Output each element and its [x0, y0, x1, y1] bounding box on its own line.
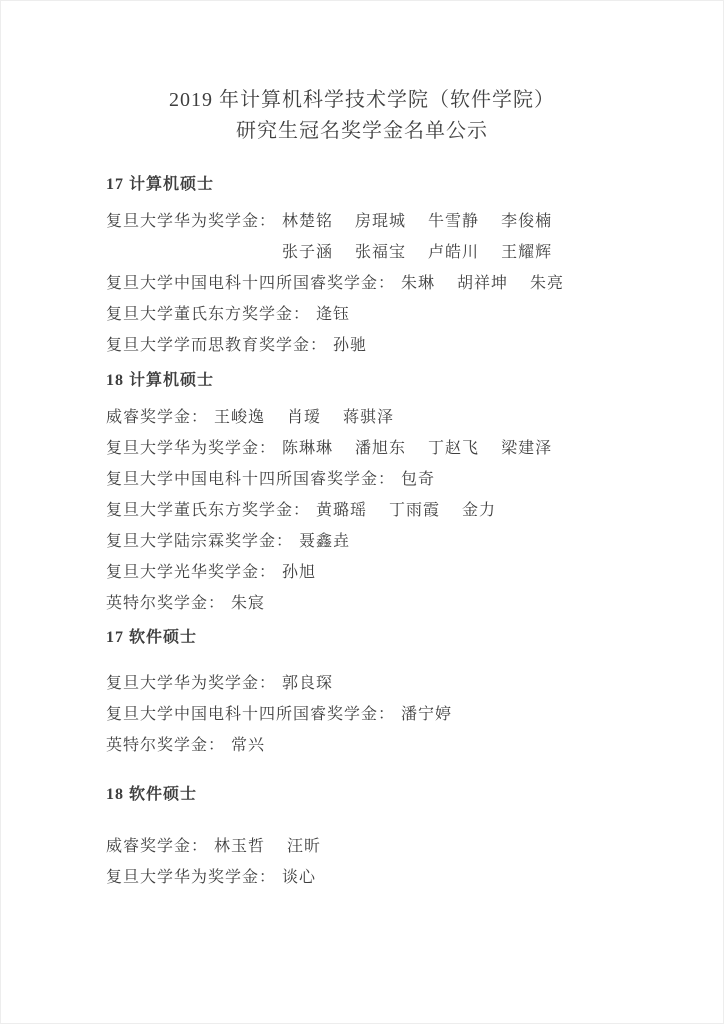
section-18-cs-masters: 18 计算机硕士 威睿奖学金： 王峻逸 肖瑷 蒋骐泽 复旦大学华为奖学金： 陈琳…	[106, 372, 643, 619]
section-heading: 17 软件硕士	[106, 629, 643, 646]
award-label: 威睿奖学金：	[106, 831, 208, 862]
recipient-names: 潘宁婷	[401, 699, 452, 730]
award-entry: 复旦大学中国电科十四所国睿奖学金： 朱琳 胡祥坤 朱亮	[106, 268, 643, 299]
recipient-name: 常兴	[231, 737, 265, 754]
recipient-name: 潘旭东	[355, 440, 406, 457]
recipient-name: 孙驰	[333, 337, 367, 354]
section-entries: 复旦大学华为奖学金： 郭良琛 复旦大学中国电科十四所国睿奖学金： 潘宁婷 英特尔…	[106, 668, 643, 761]
award-label: 复旦大学董氏东方奖学金：	[106, 495, 310, 526]
award-label: 复旦大学华为奖学金：	[106, 433, 276, 464]
recipient-name: 陈琳琳	[282, 440, 333, 457]
section-17-se-masters: 17 软件硕士 复旦大学华为奖学金： 郭良琛 复旦大学中国电科十四所国睿奖学金：…	[106, 629, 643, 761]
recipient-names: 孙旭	[282, 557, 316, 588]
award-entry: 复旦大学中国电科十四所国睿奖学金： 包奇	[106, 464, 643, 495]
recipient-name: 朱琳	[401, 275, 435, 292]
recipient-name: 包奇	[401, 471, 435, 488]
recipient-name: 林楚铭	[282, 213, 333, 230]
award-entry: 威睿奖学金： 林玉哲 汪昕	[106, 831, 643, 862]
recipient-name: 房琨城	[355, 213, 406, 230]
award-label: 复旦大学中国电科十四所国睿奖学金：	[106, 699, 395, 730]
recipient-name: 卢皓川	[428, 244, 479, 261]
award-entry: 复旦大学陆宗霖奖学金： 聂鑫垚	[106, 526, 643, 557]
recipient-name: 郭良琛	[282, 675, 333, 692]
recipient-name: 牛雪静	[428, 213, 479, 230]
award-entry: 复旦大学华为奖学金： 陈琳琳 潘旭东 丁赵飞 梁建泽	[106, 433, 643, 464]
award-label: 复旦大学学而思教育奖学金：	[106, 330, 327, 361]
recipient-name: 胡祥坤	[457, 275, 508, 292]
section-entries: 威睿奖学金： 林玉哲 汪昕 复旦大学华为奖学金： 谈心	[106, 831, 643, 893]
document-title: 2019 年计算机科学技术学院（软件学院） 研究生冠名奖学金名单公示	[1, 85, 723, 147]
recipient-names: 黄璐瑶 丁雨霞 金力	[316, 495, 496, 526]
award-label: 英特尔奖学金：	[106, 588, 225, 619]
award-label: 复旦大学华为奖学金：	[106, 668, 276, 699]
recipient-names: 逄钰	[316, 299, 350, 330]
recipient-name: 肖瑷	[287, 409, 321, 426]
recipient-name: 潘宁婷	[401, 706, 452, 723]
award-entry: 复旦大学光华奖学金： 孙旭	[106, 557, 643, 588]
recipient-name: 李俊楠	[501, 213, 552, 230]
recipient-names: 聂鑫垚	[299, 526, 350, 557]
recipient-names: 朱宸	[231, 588, 265, 619]
recipient-names-row: 林楚铭 房琨城 牛雪静 李俊楠	[282, 206, 552, 237]
award-label: 威睿奖学金：	[106, 402, 208, 433]
award-label: 复旦大学中国电科十四所国睿奖学金：	[106, 464, 395, 495]
recipient-name: 张子涵	[282, 244, 333, 261]
recipient-name: 黄璐瑶	[316, 502, 367, 519]
section-18-se-masters: 18 软件硕士 威睿奖学金： 林玉哲 汪昕 复旦大学华为奖学金： 谈心	[106, 786, 643, 893]
document-title-line-1: 2019 年计算机科学技术学院（软件学院）	[1, 85, 723, 116]
award-entry: 复旦大学学而思教育奖学金： 孙驰	[106, 330, 643, 361]
recipient-name: 林玉哲	[214, 838, 265, 855]
document-page: 2019 年计算机科学技术学院（软件学院） 研究生冠名奖学金名单公示 17 计算…	[0, 0, 724, 1024]
award-label: 复旦大学华为奖学金：	[106, 862, 276, 893]
recipient-names: 谈心	[282, 862, 316, 893]
recipient-names: 林玉哲 汪昕	[214, 831, 321, 862]
recipient-name: 王耀辉	[501, 244, 552, 261]
recipient-name: 蒋骐泽	[343, 409, 394, 426]
award-entry: 复旦大学华为奖学金： 郭良琛	[106, 668, 643, 699]
recipient-names-row: 张子涵 张福宝 卢皓川 王耀辉	[282, 237, 552, 268]
recipient-names: 孙驰	[333, 330, 367, 361]
recipient-name: 丁赵飞	[428, 440, 479, 457]
recipient-name: 王峻逸	[214, 409, 265, 426]
recipient-names: 王峻逸 肖瑷 蒋骐泽	[214, 402, 394, 433]
award-entry: 复旦大学华为奖学金： 谈心	[106, 862, 643, 893]
section-17-cs-masters: 17 计算机硕士 复旦大学华为奖学金： 林楚铭 房琨城 牛雪静 李俊楠 张子涵	[106, 176, 643, 361]
recipient-names: 朱琳 胡祥坤 朱亮	[401, 268, 564, 299]
award-entry: 复旦大学董氏东方奖学金： 黄璐瑶 丁雨霞 金力	[106, 495, 643, 526]
recipient-names: 林楚铭 房琨城 牛雪静 李俊楠 张子涵 张福宝 卢皓川 王耀辉	[282, 206, 552, 268]
recipient-name: 聂鑫垚	[299, 533, 350, 550]
section-heading: 18 计算机硕士	[106, 372, 643, 389]
recipient-name: 谈心	[282, 869, 316, 886]
recipient-name: 张福宝	[355, 244, 406, 261]
recipient-names: 陈琳琳 潘旭东 丁赵飞 梁建泽	[282, 433, 552, 464]
award-entry: 复旦大学华为奖学金： 林楚铭 房琨城 牛雪静 李俊楠 张子涵 张福宝 卢皓川	[106, 206, 643, 268]
award-label: 复旦大学华为奖学金：	[106, 206, 276, 237]
award-label: 复旦大学董氏东方奖学金：	[106, 299, 310, 330]
recipient-name: 朱宸	[231, 595, 265, 612]
award-entry: 威睿奖学金： 王峻逸 肖瑷 蒋骐泽	[106, 402, 643, 433]
recipient-names: 郭良琛	[282, 668, 333, 699]
award-entry: 英特尔奖学金： 常兴	[106, 730, 643, 761]
section-heading: 17 计算机硕士	[106, 176, 643, 193]
section-heading: 18 软件硕士	[106, 786, 643, 803]
recipient-name: 孙旭	[282, 564, 316, 581]
award-label: 复旦大学中国电科十四所国睿奖学金：	[106, 268, 395, 299]
recipient-name: 梁建泽	[501, 440, 552, 457]
recipient-name: 丁雨霞	[389, 502, 440, 519]
recipient-name: 逄钰	[316, 306, 350, 323]
award-label: 复旦大学光华奖学金：	[106, 557, 276, 588]
section-entries: 复旦大学华为奖学金： 林楚铭 房琨城 牛雪静 李俊楠 张子涵 张福宝 卢皓川	[106, 206, 643, 361]
recipient-name: 金力	[462, 502, 496, 519]
document-body: 17 计算机硕士 复旦大学华为奖学金： 林楚铭 房琨城 牛雪静 李俊楠 张子涵	[106, 176, 643, 893]
recipient-name: 朱亮	[530, 275, 564, 292]
award-label: 复旦大学陆宗霖奖学金：	[106, 526, 293, 557]
award-entry: 复旦大学董氏东方奖学金： 逄钰	[106, 299, 643, 330]
award-entry: 英特尔奖学金： 朱宸	[106, 588, 643, 619]
award-label: 英特尔奖学金：	[106, 730, 225, 761]
recipient-names: 包奇	[401, 464, 435, 495]
section-entries: 威睿奖学金： 王峻逸 肖瑷 蒋骐泽 复旦大学华为奖学金： 陈琳琳 潘旭东 丁赵飞…	[106, 402, 643, 619]
recipient-name: 汪昕	[287, 838, 321, 855]
award-entry: 复旦大学中国电科十四所国睿奖学金： 潘宁婷	[106, 699, 643, 730]
document-title-line-2: 研究生冠名奖学金名单公示	[1, 116, 723, 147]
recipient-names: 常兴	[231, 730, 265, 761]
